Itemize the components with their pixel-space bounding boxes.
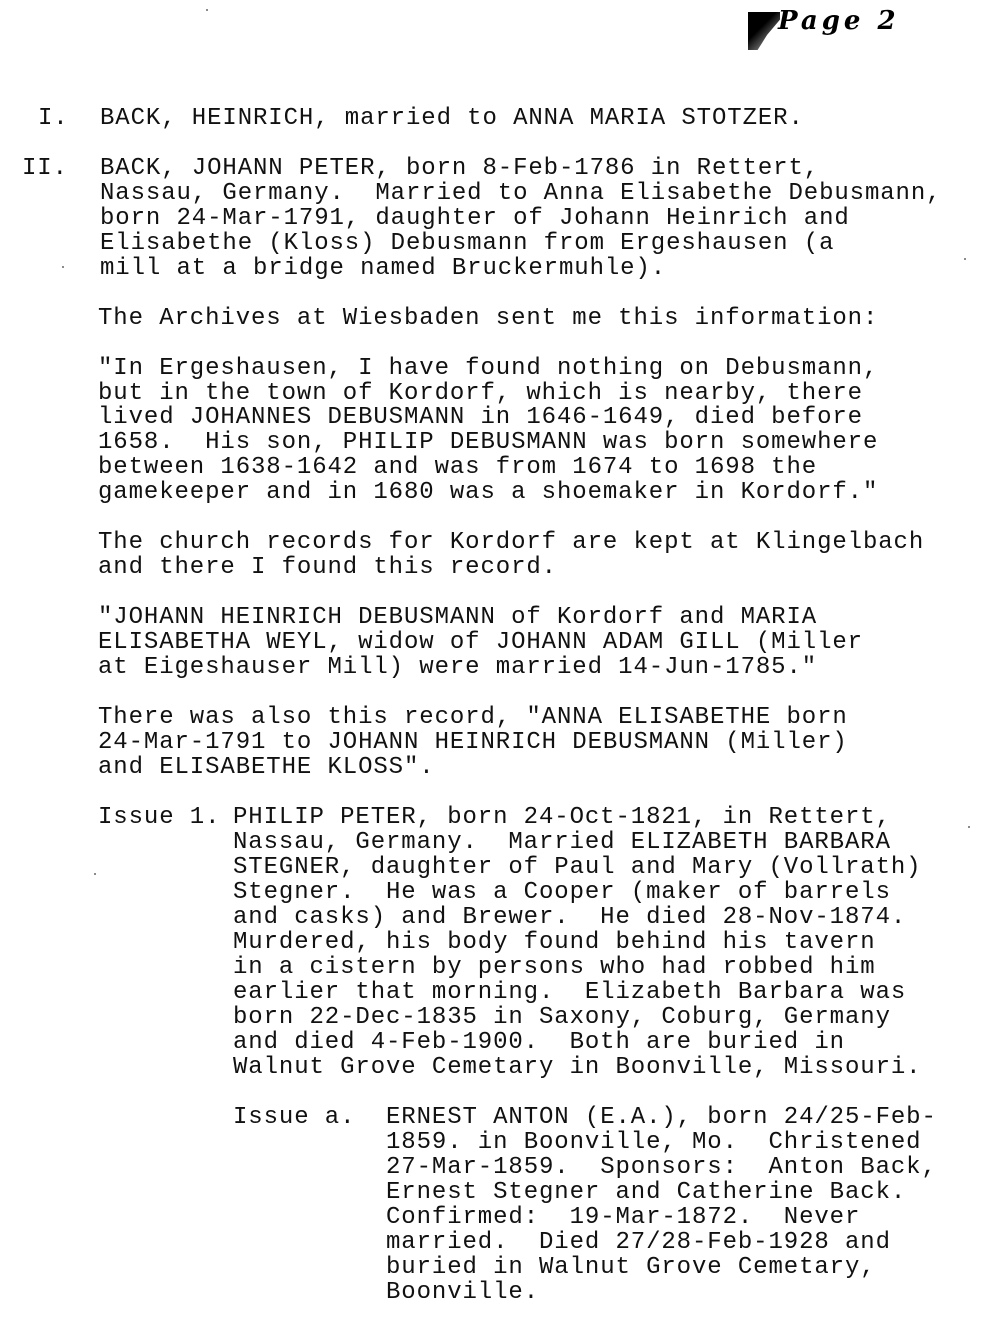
issue-line: 27-Mar-1859. Sponsors: Anton Back, bbox=[386, 1155, 937, 1180]
issue-line: ERNEST ANTON (E.A.), born 24/25-Feb- bbox=[386, 1105, 937, 1130]
issue-line: married. Died 27/28-Feb-1928 and bbox=[386, 1230, 891, 1255]
scan-speck bbox=[94, 873, 96, 875]
paragraph-line: The Archives at Wiesbaden sent me this i… bbox=[98, 306, 878, 331]
paragraph-line: and there I found this record. bbox=[98, 555, 557, 580]
scan-speck bbox=[968, 826, 970, 828]
paragraph-line: and ELISABETHE KLOSS". bbox=[98, 755, 435, 780]
issue-line: and died 4-Feb-1900. Both are buried in bbox=[233, 1030, 845, 1055]
issue-line: Ernest Stegner and Catherine Back. bbox=[386, 1180, 906, 1205]
quote-line: "In Ergeshausen, I have found nothing on… bbox=[98, 356, 878, 381]
issue-label: Issue a. bbox=[233, 1105, 355, 1130]
issue-label: Issue 1. bbox=[98, 805, 220, 830]
scan-smudge bbox=[748, 12, 780, 50]
paragraph-line: There was also this record, "ANNA ELISAB… bbox=[98, 705, 848, 730]
issue-line: Walnut Grove Cemetary in Boonville, Miss… bbox=[233, 1055, 921, 1080]
entry-line: BACK, JOHANN PETER, born 8-Feb-1786 in R… bbox=[100, 156, 819, 181]
quote-line: but in the town of Kordorf, which is nea… bbox=[98, 381, 863, 406]
paragraph-line: 24-Mar-1791 to JOHANN HEINRICH DEBUSMANN… bbox=[98, 730, 848, 755]
entry-line: BACK, HEINRICH, married to ANNA MARIA ST… bbox=[100, 106, 804, 131]
issue-line: in a cistern by persons who had robbed h… bbox=[233, 955, 876, 980]
issue-line: PHILIP PETER, born 24-Oct-1821, in Rette… bbox=[233, 805, 891, 830]
quote-line: lived JOHANNES DEBUSMANN in 1646-1649, d… bbox=[98, 405, 863, 430]
issue-line: Murdered, his body found behind his tave… bbox=[233, 930, 876, 955]
document-page: Page 2 I. BACK, HEINRICH, married to ANN… bbox=[0, 0, 984, 1328]
quote-line: ELISABETHA WEYL, widow of JOHANN ADAM GI… bbox=[98, 630, 863, 655]
page-number-label: Page 2 bbox=[778, 6, 900, 36]
quote-line: gamekeeper and in 1680 was a shoemaker i… bbox=[98, 480, 878, 505]
entry-line: born 24-Mar-1791, daughter of Johann Hei… bbox=[100, 206, 850, 231]
entry-numeral: II. bbox=[22, 156, 68, 181]
scan-speck bbox=[964, 258, 966, 260]
quote-line: 1658. His son, PHILIP DEBUSMANN was born… bbox=[98, 430, 878, 455]
issue-line: buried in Walnut Grove Cemetary, bbox=[386, 1255, 876, 1280]
issue-line: earlier that morning. Elizabeth Barbara … bbox=[233, 980, 906, 1005]
issue-line: Boonville. bbox=[386, 1280, 539, 1305]
issue-line: STEGNER, daughter of Paul and Mary (Voll… bbox=[233, 855, 921, 880]
entry-line: Elisabethe (Kloss) Debusmann from Ergesh… bbox=[100, 231, 834, 256]
entry-numeral: I. bbox=[38, 106, 69, 131]
issue-line: 1859. in Boonville, Mo. Christened bbox=[386, 1130, 921, 1155]
issue-line: born 22-Dec-1835 in Saxony, Coburg, Germ… bbox=[233, 1005, 891, 1030]
scan-speck bbox=[62, 266, 64, 268]
entry-line: Nassau, Germany. Married to Anna Elisabe… bbox=[100, 181, 941, 206]
entry-line: mill at a bridge named Bruckermuhle). bbox=[100, 256, 666, 281]
quote-line: between 1638-1642 and was from 1674 to 1… bbox=[98, 455, 817, 480]
issue-line: Confirmed: 19-Mar-1872. Never bbox=[386, 1205, 860, 1230]
quote-line: at Eigeshauser Mill) were married 14-Jun… bbox=[98, 655, 817, 680]
paragraph-line: The church records for Kordorf are kept … bbox=[98, 530, 924, 555]
issue-line: and casks) and Brewer. He died 28-Nov-18… bbox=[233, 905, 906, 930]
quote-line: "JOHANN HEINRICH DEBUSMANN of Kordorf an… bbox=[98, 605, 817, 630]
issue-line: Nassau, Germany. Married ELIZABETH BARBA… bbox=[233, 830, 891, 855]
issue-line: Stegner. He was a Cooper (maker of barre… bbox=[233, 880, 891, 905]
scan-speck bbox=[206, 9, 208, 11]
